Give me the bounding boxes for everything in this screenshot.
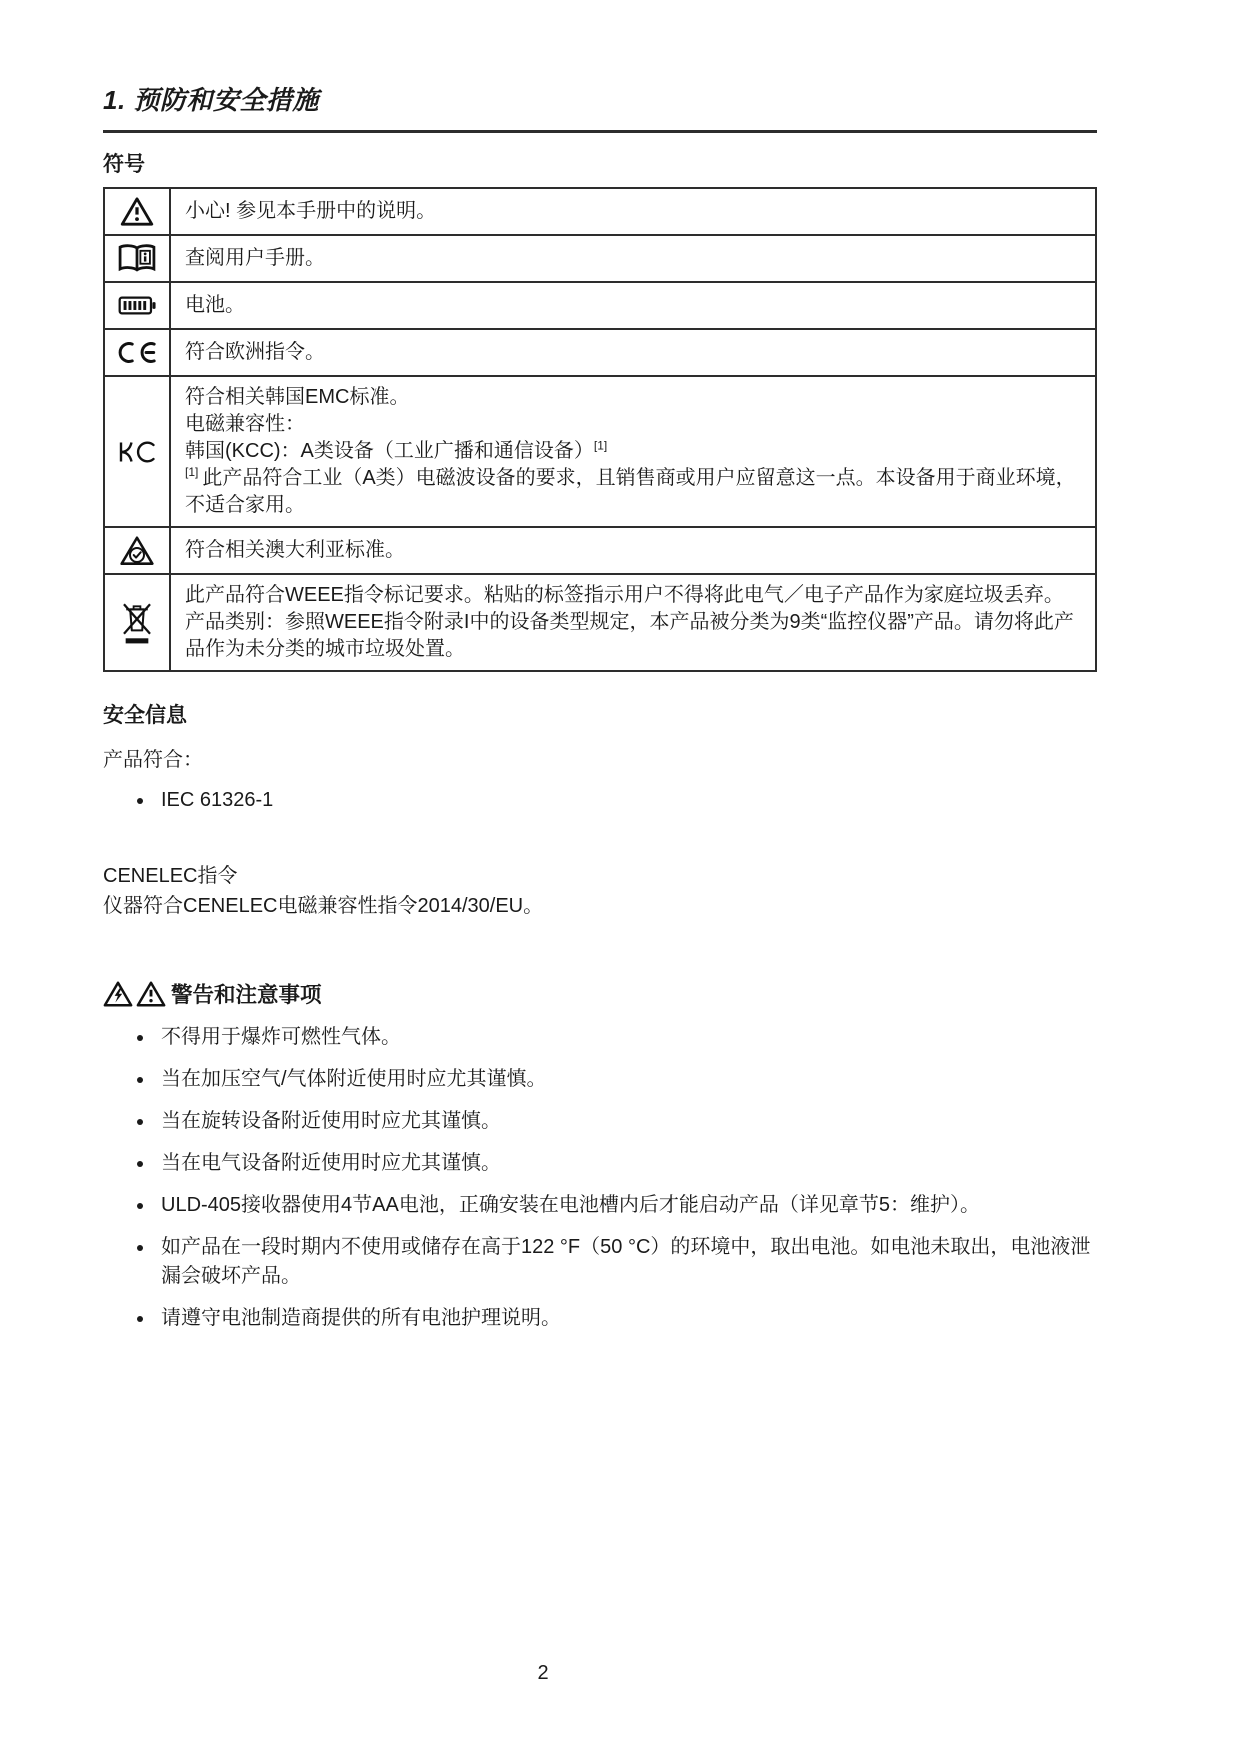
symbols-section-heading: 符号: [103, 148, 1097, 178]
table-row: 符合相关韩国EMC标准。 电磁兼容性： 韩国(KCC)：A类设备（工业广播和通信…: [104, 376, 1096, 527]
table-row: 符合相关澳大利亚标准。: [104, 527, 1096, 574]
warnings-heading: 警告和注意事项: [171, 978, 322, 1009]
symbol-icon-cell: [104, 527, 170, 574]
list-item: 当在电气设备附近使用时应尤其谨慎。: [155, 1149, 1097, 1178]
conformance-label: 产品符合：: [103, 746, 1097, 774]
page-content: 1. 预防和安全措施 符号 小心! 参见本手册中的说明。: [103, 0, 1097, 1333]
ce-mark-icon: [116, 341, 158, 363]
symbols-table: 小心! 参见本手册中的说明。: [103, 187, 1097, 672]
symbol-icon-cell: [104, 376, 170, 527]
kc-line-1: 符合相关韩国EMC标准。: [185, 384, 1081, 411]
symbol-icon-cell: [104, 282, 170, 329]
battery-icon: [118, 294, 156, 316]
user-manual-icon: [117, 247, 157, 269]
symbol-description: 小心! 参见本手册中的说明。: [170, 188, 1096, 235]
list-item: ULD-405接收器使用4节AA电池，正确安装在电池槽内后才能启动产品（详见章节…: [155, 1191, 1097, 1220]
table-row: 电池。: [104, 282, 1096, 329]
symbol-icon-cell: [104, 329, 170, 376]
symbol-description: 电池。: [170, 282, 1096, 329]
page-number: 2: [0, 1662, 1086, 1685]
symbol-description: 此产品符合WEEE指令标记要求。粘贴的标签指示用户不得将此电气／电子产品作为家庭…: [170, 574, 1096, 671]
kc-footnote: [1]此产品符合工业（A类）电磁波设备的要求，且销售商或用户应留意这一点。本设备…: [185, 465, 1081, 519]
rcm-mark-icon: [119, 539, 155, 561]
symbol-icon-cell: [104, 574, 170, 671]
symbol-description: 查阅用户手册。: [170, 235, 1096, 282]
warning-triangle-icon: [136, 980, 166, 1008]
manual-page: 1. 预防和安全措施 符号 小心! 参见本手册中的说明。: [0, 0, 1241, 1754]
table-row: 此产品符合WEEE指令标记要求。粘贴的标签指示用户不得将此电气／电子产品作为家庭…: [104, 574, 1096, 671]
kc-line-2: 电磁兼容性：: [185, 411, 1081, 438]
cenelec-heading: CENELEC指令: [103, 862, 1097, 890]
table-row: 符合欧洲指令。: [104, 329, 1096, 376]
kc-mark-icon: [117, 440, 157, 462]
table-row: 查阅用户手册。: [104, 235, 1096, 282]
list-item: 当在加压空气/气体附近使用时应尤其谨慎。: [155, 1065, 1097, 1094]
warnings-header: 警告和注意事项: [103, 978, 1097, 1009]
symbol-description: 符合相关韩国EMC标准。 电磁兼容性： 韩国(KCC)：A类设备（工业广播和通信…: [170, 376, 1096, 527]
list-item: 当在旋转设备附近使用时应尤其谨慎。: [155, 1107, 1097, 1136]
standards-list: IEC 61326-1: [103, 786, 1097, 814]
symbol-description: 符合相关澳大利亚标准。: [170, 527, 1096, 574]
safety-section-heading: 安全信息: [103, 699, 1097, 729]
list-item: 不得用于爆炸可燃性气体。: [155, 1023, 1097, 1052]
list-item: 如产品在一段时期内不使用或储存在高于122 °F（50 °C）的环境中，取出电池…: [155, 1233, 1097, 1291]
warning-triangle-icon: [120, 200, 154, 222]
footnote-ref: [1]: [185, 465, 198, 479]
list-item: IEC 61326-1: [155, 786, 1097, 814]
kc-line-3: 韩国(KCC)：A类设备（工业广播和通信设备）[1]: [185, 438, 1081, 465]
cenelec-text: 仪器符合CENELEC电磁兼容性指令2014/30/EU。: [103, 892, 1097, 920]
symbol-icon-cell: [104, 235, 170, 282]
footnote-ref: [1]: [594, 438, 607, 452]
symbol-icon-cell: [104, 188, 170, 235]
list-item: 请遵守电池制造商提供的所有电池护理说明。: [155, 1304, 1097, 1333]
electrical-hazard-triangle-icon: [103, 980, 133, 1008]
symbol-description: 符合欧洲指令。: [170, 329, 1096, 376]
weee-bin-icon: [120, 611, 154, 633]
page-title: 1. 预防和安全措施: [103, 80, 1097, 133]
warnings-list: 不得用于爆炸可燃性气体。 当在加压空气/气体附近使用时应尤其谨慎。 当在旋转设备…: [103, 1023, 1097, 1333]
table-row: 小心! 参见本手册中的说明。: [104, 188, 1096, 235]
